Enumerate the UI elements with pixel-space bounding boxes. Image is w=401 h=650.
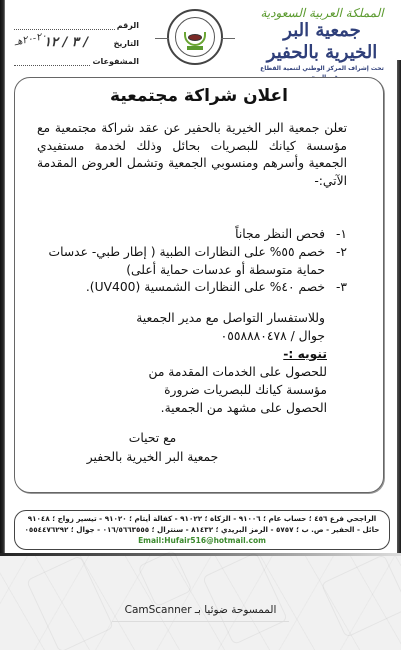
attachments-value xyxy=(14,58,90,66)
association-seal-icon xyxy=(167,9,223,65)
seal-banner xyxy=(187,46,203,50)
closing-block: مع تحيات جمعية البر الخيرية بالحفير xyxy=(75,429,230,467)
footer-address: حائل - الحفير - ص. ب ؛ ٥٧٥٧ - الرمز البر… xyxy=(15,525,389,536)
announcement-intro: تعلن جمعية البر الخيرية بالحفير عن عقد ش… xyxy=(37,120,347,190)
offer-text: فحص النظر مجاناً xyxy=(235,227,325,241)
letterhead-org-name: جمعية البر الخيرية بالحفير xyxy=(257,20,387,64)
offer-number: ٣- xyxy=(336,279,347,297)
page-edge-shadow-right xyxy=(397,60,401,556)
attachments-row: المشفوعات xyxy=(14,52,139,66)
bowl-icon xyxy=(188,34,202,41)
seal-divider-right xyxy=(221,38,235,39)
offer-item: ٣- خصم ٤٠% على النظارات الشمسية (UV400). xyxy=(27,279,347,297)
offer-item: ٢- خصم ٥٥% على النظارات الطبية ( إطار طب… xyxy=(27,244,347,280)
offer-number: ٢- xyxy=(336,244,347,262)
offers-list: ١- فحص النظر مجاناً ٢- خصم ٥٥% على النظا… xyxy=(27,226,347,297)
bg-phone-shape xyxy=(137,550,192,608)
attachments-label: المشفوعات xyxy=(92,57,139,66)
seal-inner-ring xyxy=(175,17,215,57)
inquiry-text: وللاستفسار التواصل مع مدير الجمعية xyxy=(136,309,325,327)
offer-text: خصم ٥٥% على النظارات الطبية ( إطار طبي- … xyxy=(49,245,325,277)
footer-email: Email:Hufair516@hotmail.com xyxy=(15,535,389,546)
watermark-underline xyxy=(112,621,289,622)
announcement-box: اعلان شراكة مجتمعية تعلن جمعية البر الخي… xyxy=(14,77,384,493)
ref-number-value xyxy=(14,22,115,30)
bg-document-shape xyxy=(202,552,288,645)
date-label: التاريخ xyxy=(114,39,139,48)
contact-phone: جوال / ٠٥٥٨٨٨٠٤٧٨ xyxy=(221,327,325,345)
seal-divider-left xyxy=(155,38,169,39)
page-edge-shadow-left xyxy=(0,0,5,556)
signature: جمعية البر الخيرية بالحفير xyxy=(75,448,230,467)
letterhead-motto: المملكة العربية السعودية xyxy=(257,6,387,20)
bg-laptop-shape xyxy=(321,554,401,638)
offer-text: خصم ٤٠% على النظارات الشمسية (UV400). xyxy=(86,280,325,294)
scanned-page: المملكة العربية السعودية جمعية البر الخي… xyxy=(0,0,401,556)
note-heading: تنويه :- xyxy=(283,345,327,363)
letterhead-reference-block: الرقم التاريخ ٣ / ١٢ / ٢٠-٢٠هـ المشفوعات xyxy=(14,16,139,70)
camscanner-footer: الممسوحة ضوئيا بـ CamScanner xyxy=(0,556,401,650)
ref-number-label: الرقم xyxy=(117,21,139,30)
ref-number-row: الرقم xyxy=(14,16,139,30)
date-field: ٣ / ١٢ / ٢٠-٢٠هـ xyxy=(14,40,112,48)
bg-spreadsheet-shape xyxy=(26,555,114,650)
offer-item: ١- فحص النظر مجاناً xyxy=(27,226,347,244)
footer-bank-accounts: الراجحي فرع ٤٥٦ ؛ حساب عام ؛ ٩١٠٠٦ - الز… xyxy=(15,514,389,525)
hijri-year: ٢٠-٢٠هـ xyxy=(13,31,48,49)
announcement-title: اعلان شراكة مجتمعية xyxy=(15,86,383,106)
date-value: ٣ / ١٢ / xyxy=(44,35,88,50)
footer-contact-box: الراجحي فرع ٤٥٦ ؛ حساب عام ؛ ٩١٠٠٦ - الز… xyxy=(14,510,390,550)
greeting: مع تحيات xyxy=(75,429,230,448)
note-text: للحصول على الخدمات المقدمة من مؤسسة كيان… xyxy=(127,363,327,417)
date-row: التاريخ ٣ / ١٢ / ٢٠-٢٠هـ xyxy=(14,34,139,48)
offer-number: ١- xyxy=(336,226,347,244)
camscanner-watermark: الممسوحة ضوئيا بـ CamScanner xyxy=(0,604,401,616)
